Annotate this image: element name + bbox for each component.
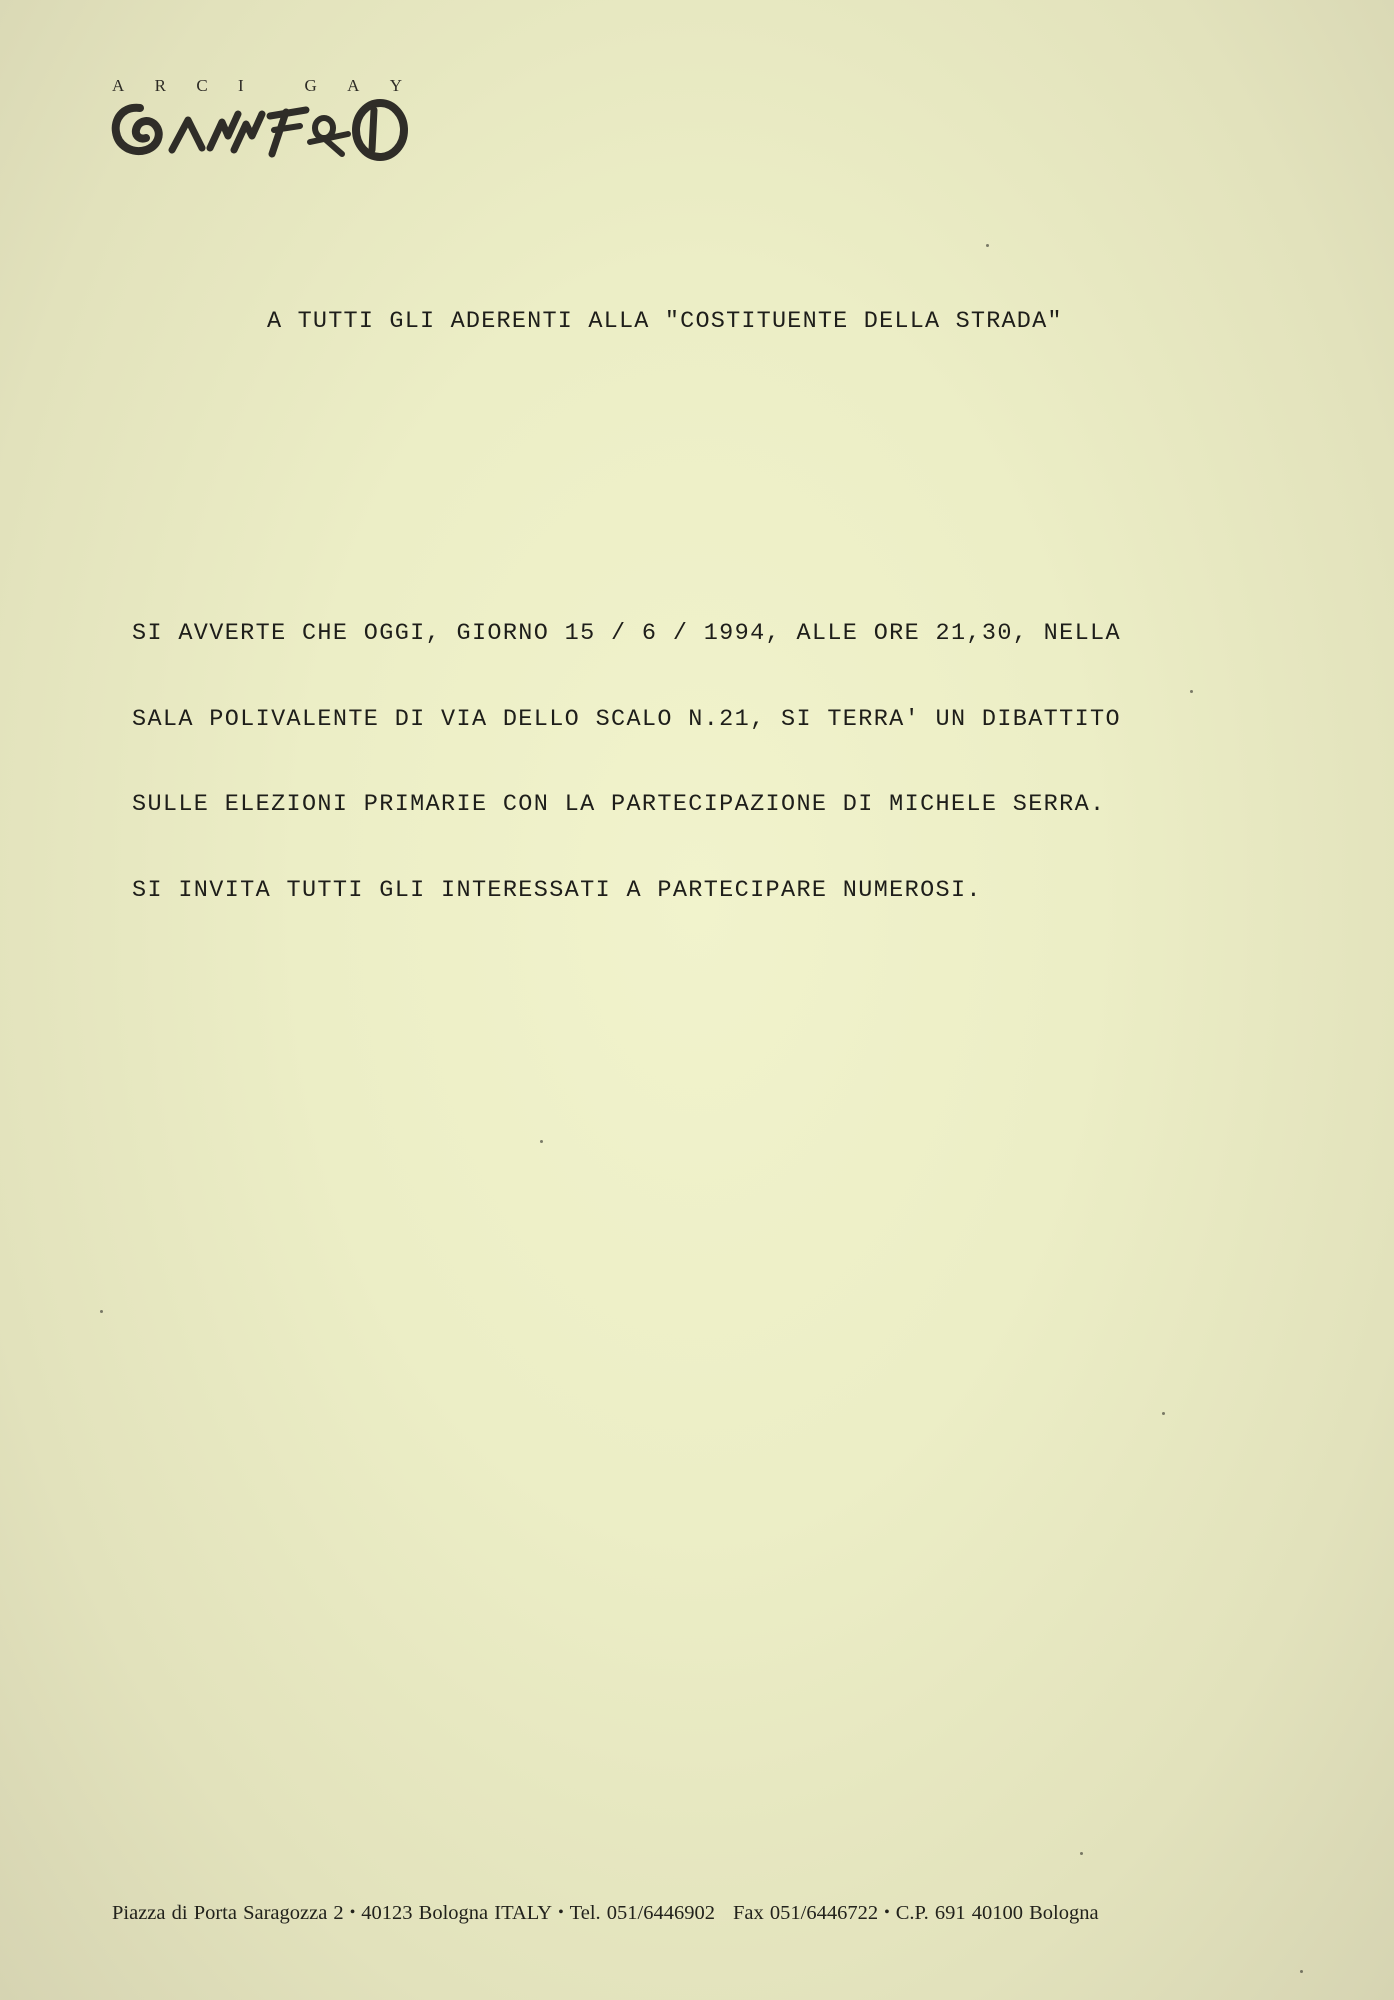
paper-speck xyxy=(1080,1852,1083,1855)
footer-city: 40123 Bologna ITALY xyxy=(361,1902,552,1924)
paper-speck xyxy=(1162,1412,1165,1415)
footer-separator: • xyxy=(558,1904,564,1921)
paper-speck xyxy=(986,244,989,247)
body-line: SULLE ELEZIONI PRIMARIE CON LA PARTECIPA… xyxy=(132,791,1121,820)
body-line: SI INVITA TUTTI GLI INTERESSATI A PARTEC… xyxy=(132,877,1121,906)
org-name-label: A R C I G A Y xyxy=(112,76,402,96)
paper-speck xyxy=(100,1310,103,1313)
org-letter: I xyxy=(238,76,244,96)
letter-page: A R C I G A Y xyxy=(0,0,1394,2000)
paper-speck xyxy=(1300,1970,1303,1973)
org-letter: Y xyxy=(390,76,402,96)
paper-speck xyxy=(1190,690,1193,693)
footer-tel: Tel. 051/6446902 xyxy=(570,1902,715,1924)
footer-address: Piazza di Porta Saragozza 2 xyxy=(112,1902,344,1924)
letterhead: A R C I G A Y xyxy=(112,76,412,96)
org-letter: G xyxy=(304,76,316,96)
footer-separator: • xyxy=(884,1904,890,1921)
footer-fax: Fax 051/6446722 xyxy=(733,1902,878,1924)
etruscan-script-logo-icon xyxy=(110,98,410,162)
org-letter: A xyxy=(112,76,124,96)
paper-speck xyxy=(540,1140,543,1143)
org-letter: A xyxy=(347,76,359,96)
letterhead-footer: Piazza di Porta Saragozza 2•40123 Bologn… xyxy=(112,1902,1099,1925)
footer-separator: • xyxy=(350,1904,356,1921)
body-line: SALA POLIVALENTE DI VIA DELLO SCALO N.21… xyxy=(132,706,1121,735)
letter-heading: A TUTTI GLI ADERENTI ALLA "COSTITUENTE D… xyxy=(267,308,1063,335)
org-letter: C xyxy=(196,76,207,96)
body-line: SI AVVERTE CHE OGGI, GIORNO 15 / 6 / 199… xyxy=(132,620,1121,649)
org-letter: R xyxy=(155,76,166,96)
letter-body: SI AVVERTE CHE OGGI, GIORNO 15 / 6 / 199… xyxy=(132,563,1121,962)
footer-po-box: C.P. 691 40100 Bologna xyxy=(896,1902,1099,1924)
